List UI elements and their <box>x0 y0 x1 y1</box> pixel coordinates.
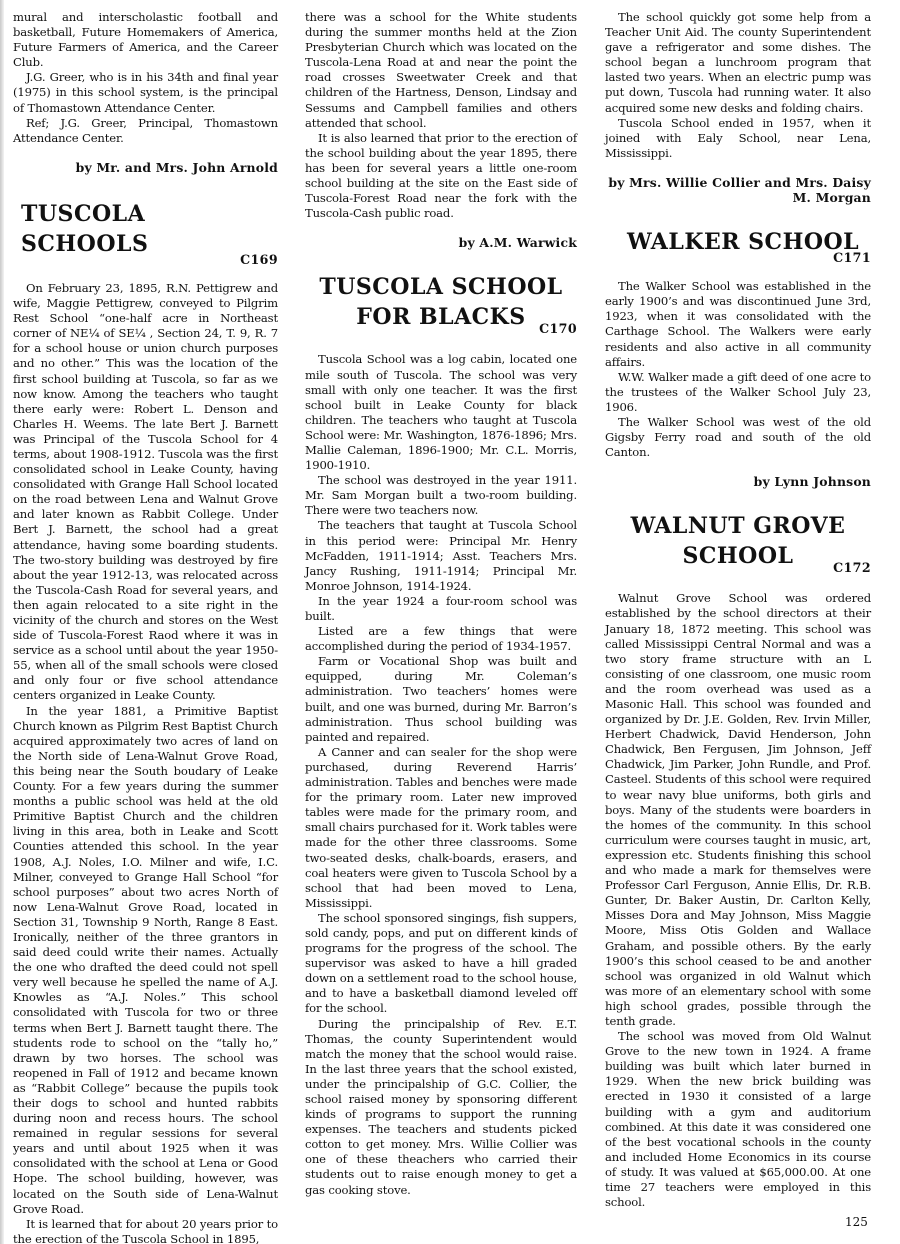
byline: by Mrs. Willie Collier and Mrs. Daisy M.… <box>605 175 871 205</box>
byline: by Mr. and Mrs. John Arnold <box>13 160 278 175</box>
paragraph: In the year 1924 a four-room school was … <box>305 594 577 624</box>
article-body-walker-school: The Walker School was established in the… <box>605 279 871 460</box>
continued-paragraph: mural and interscholastic football and b… <box>13 10 278 70</box>
paragraph: During the principalship of Rev. E.T. Th… <box>305 1017 577 1198</box>
paragraph: The school was destroyed in the year 191… <box>305 473 577 518</box>
continued-paragraph: there was a school for the White student… <box>305 10 577 131</box>
article-body-walnut-grove-school: Walnut Grove School was ordered establis… <box>605 591 871 1210</box>
paragraph: The Walker School was west of the old Gi… <box>605 415 871 460</box>
paragraph: Tuscola School ended in 1957, when it jo… <box>605 116 871 161</box>
paragraph: The teachers that taught at Tuscola Scho… <box>305 518 577 593</box>
paragraph: A Canner and can sealer for the shop wer… <box>305 745 577 911</box>
paragraph: Listed are a few things that were accomp… <box>305 624 577 654</box>
title-line: SCHOOL <box>683 543 794 569</box>
title-line: TUSCOLA SCHOOL <box>319 274 562 300</box>
paragraph: It is learned that for about 20 years pr… <box>13 1217 278 1244</box>
article-title-walker-school: WALKER SCHOOL <box>605 227 871 257</box>
right-column: The school quickly got some help from a … <box>605 10 871 1210</box>
paragraph: On February 23, 1895, R.N. Pettigrew and… <box>13 281 278 704</box>
paragraph: The Walker School was established in the… <box>605 279 871 370</box>
paragraph: W.W. Walker made a gift deed of one acre… <box>605 370 871 415</box>
page-edge-shadow <box>0 0 4 1244</box>
title-line: WALNUT GROVE <box>631 513 846 539</box>
page-number: 125 <box>845 1215 868 1229</box>
byline: by A.M. Warwick <box>305 235 577 250</box>
article-title-tuscola-schools: TUSCOLA SCHOOLS <box>13 199 278 259</box>
paragraph: J.G. Greer, who is in his 34th and final… <box>13 70 278 115</box>
paragraph: Farm or Vocational Shop was built and eq… <box>305 654 577 745</box>
byline: by Lynn Johnson <box>605 474 871 489</box>
paragraph: It is also learned that prior to the ere… <box>305 131 577 222</box>
middle-column: there was a school for the White student… <box>305 10 577 1198</box>
left-column: mural and interscholastic football and b… <box>13 10 278 1244</box>
article-body-tuscola-school-for-blacks: Tuscola School was a log cabin, located … <box>305 352 577 1197</box>
paragraph: Walnut Grove School was ordered establis… <box>605 591 871 1029</box>
paragraph: Ref; J.G. Greer, Principal, Thomastown A… <box>13 116 278 146</box>
paragraph: In the year 1881, a Primitive Baptist Ch… <box>13 704 278 1217</box>
paragraph: The school was moved from Old Walnut Gro… <box>605 1029 871 1210</box>
article-body-tuscola-schools: On February 23, 1895, R.N. Pettigrew and… <box>13 281 278 1244</box>
paragraph: The school sponsored singings, fish supp… <box>305 911 577 1017</box>
paragraph: Tuscola School was a log cabin, located … <box>305 352 577 473</box>
title-line: FOR BLACKS <box>356 304 525 330</box>
continued-paragraph: The school quickly got some help from a … <box>605 10 871 116</box>
